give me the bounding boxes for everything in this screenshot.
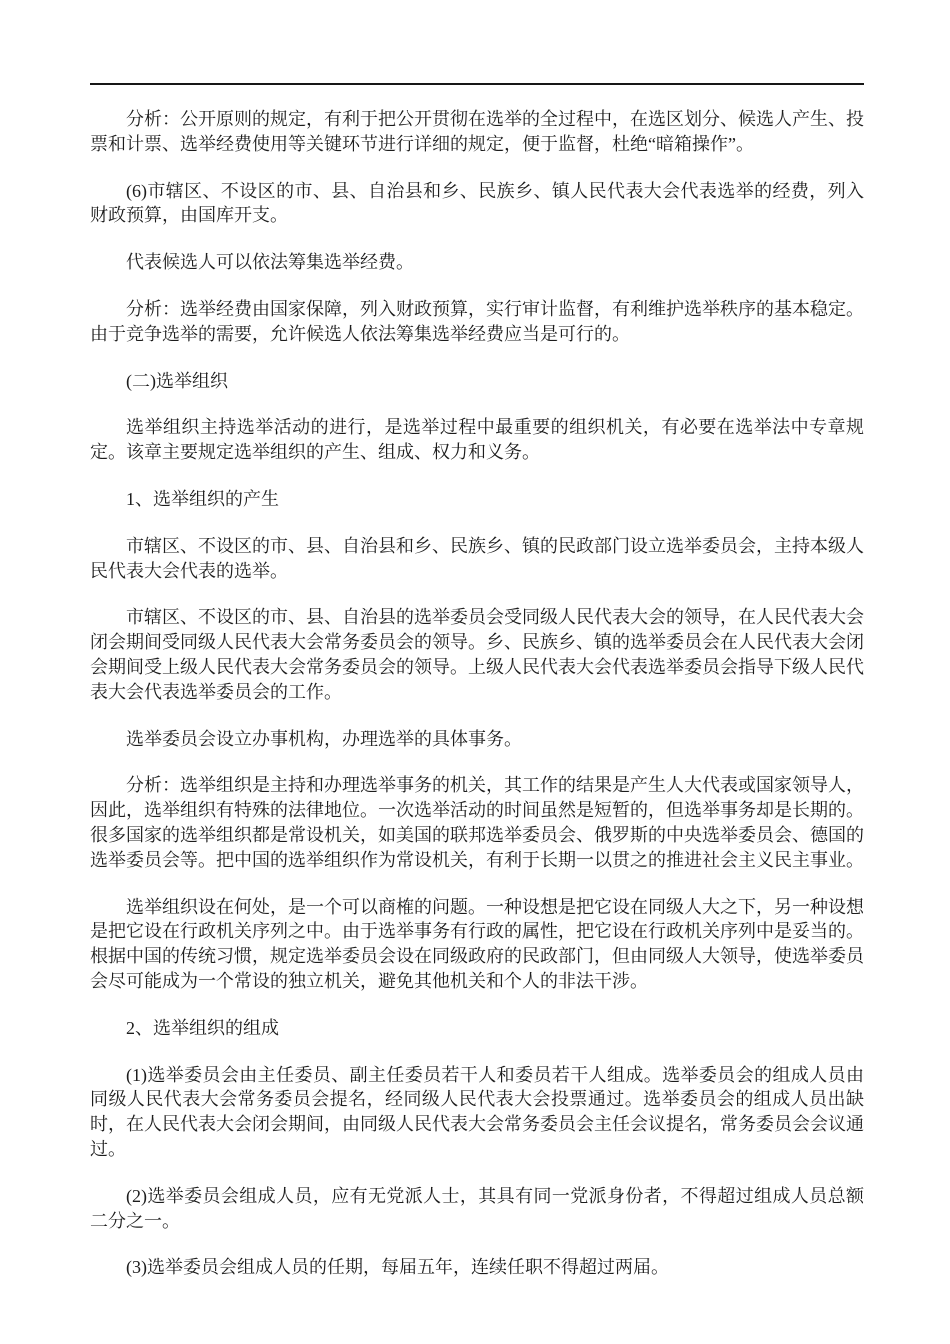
paragraph: (2)选举委员会组成人员，应有无党派人士，其具有同一党派身份者，不得超过组成人员… xyxy=(90,1184,864,1234)
document-page: 分析：公开原则的规定，有利于把公开贯彻在选举的全过程中，在选区划分、候选人产生、… xyxy=(0,0,950,1344)
paragraph: (1)选举委员会由主任委员、副主任委员若干人和委员若干人组成。选举委员会的组成人… xyxy=(90,1063,864,1162)
paragraph: 选举委员会设立办事机构，办理选举的具体事务。 xyxy=(90,727,864,752)
paragraph: (二)选举组织 xyxy=(90,369,864,394)
paragraph: 分析：选举组织是主持和办理选举事务的机关，其工作的结果是产生人大代表或国家领导人… xyxy=(90,773,864,872)
paragraph: 市辖区、不设区的市、县、自治县和乡、民族乡、镇的民政部门设立选举委员会，主持本级… xyxy=(90,534,864,584)
document-body: 分析：公开原则的规定，有利于把公开贯彻在选举的全过程中，在选区划分、候选人产生、… xyxy=(0,85,950,1280)
paragraph: 市辖区、不设区的市、县、自治县的选举委员会受同级人民代表大会的领导，在人民代表大… xyxy=(90,605,864,704)
paragraph: (3)选举委员会组成人员的任期，每届五年，连续任职不得超过两届。 xyxy=(90,1255,864,1280)
paragraph: 1、选举组织的产生 xyxy=(90,487,864,512)
paragraph: 分析：公开原则的规定，有利于把公开贯彻在选举的全过程中，在选区划分、候选人产生、… xyxy=(90,107,864,157)
paragraph: 2、选举组织的组成 xyxy=(90,1016,864,1041)
paragraph: 选举组织主持选举活动的进行，是选举过程中最重要的组织机关，有必要在选举法中专章规… xyxy=(90,415,864,465)
paragraph: 选举组织设在何处，是一个可以商榷的问题。一种设想是把它设在同级人大之下，另一种设… xyxy=(90,895,864,994)
paragraph: (6)市辖区、不设区的市、县、自治县和乡、民族乡、镇人民代表大会代表选举的经费，… xyxy=(90,179,864,229)
paragraph: 分析：选举经费由国家保障，列入财政预算，实行审计监督，有利维护选举秩序的基本稳定… xyxy=(90,297,864,347)
paragraph: 代表候选人可以依法筹集选举经费。 xyxy=(90,250,864,275)
